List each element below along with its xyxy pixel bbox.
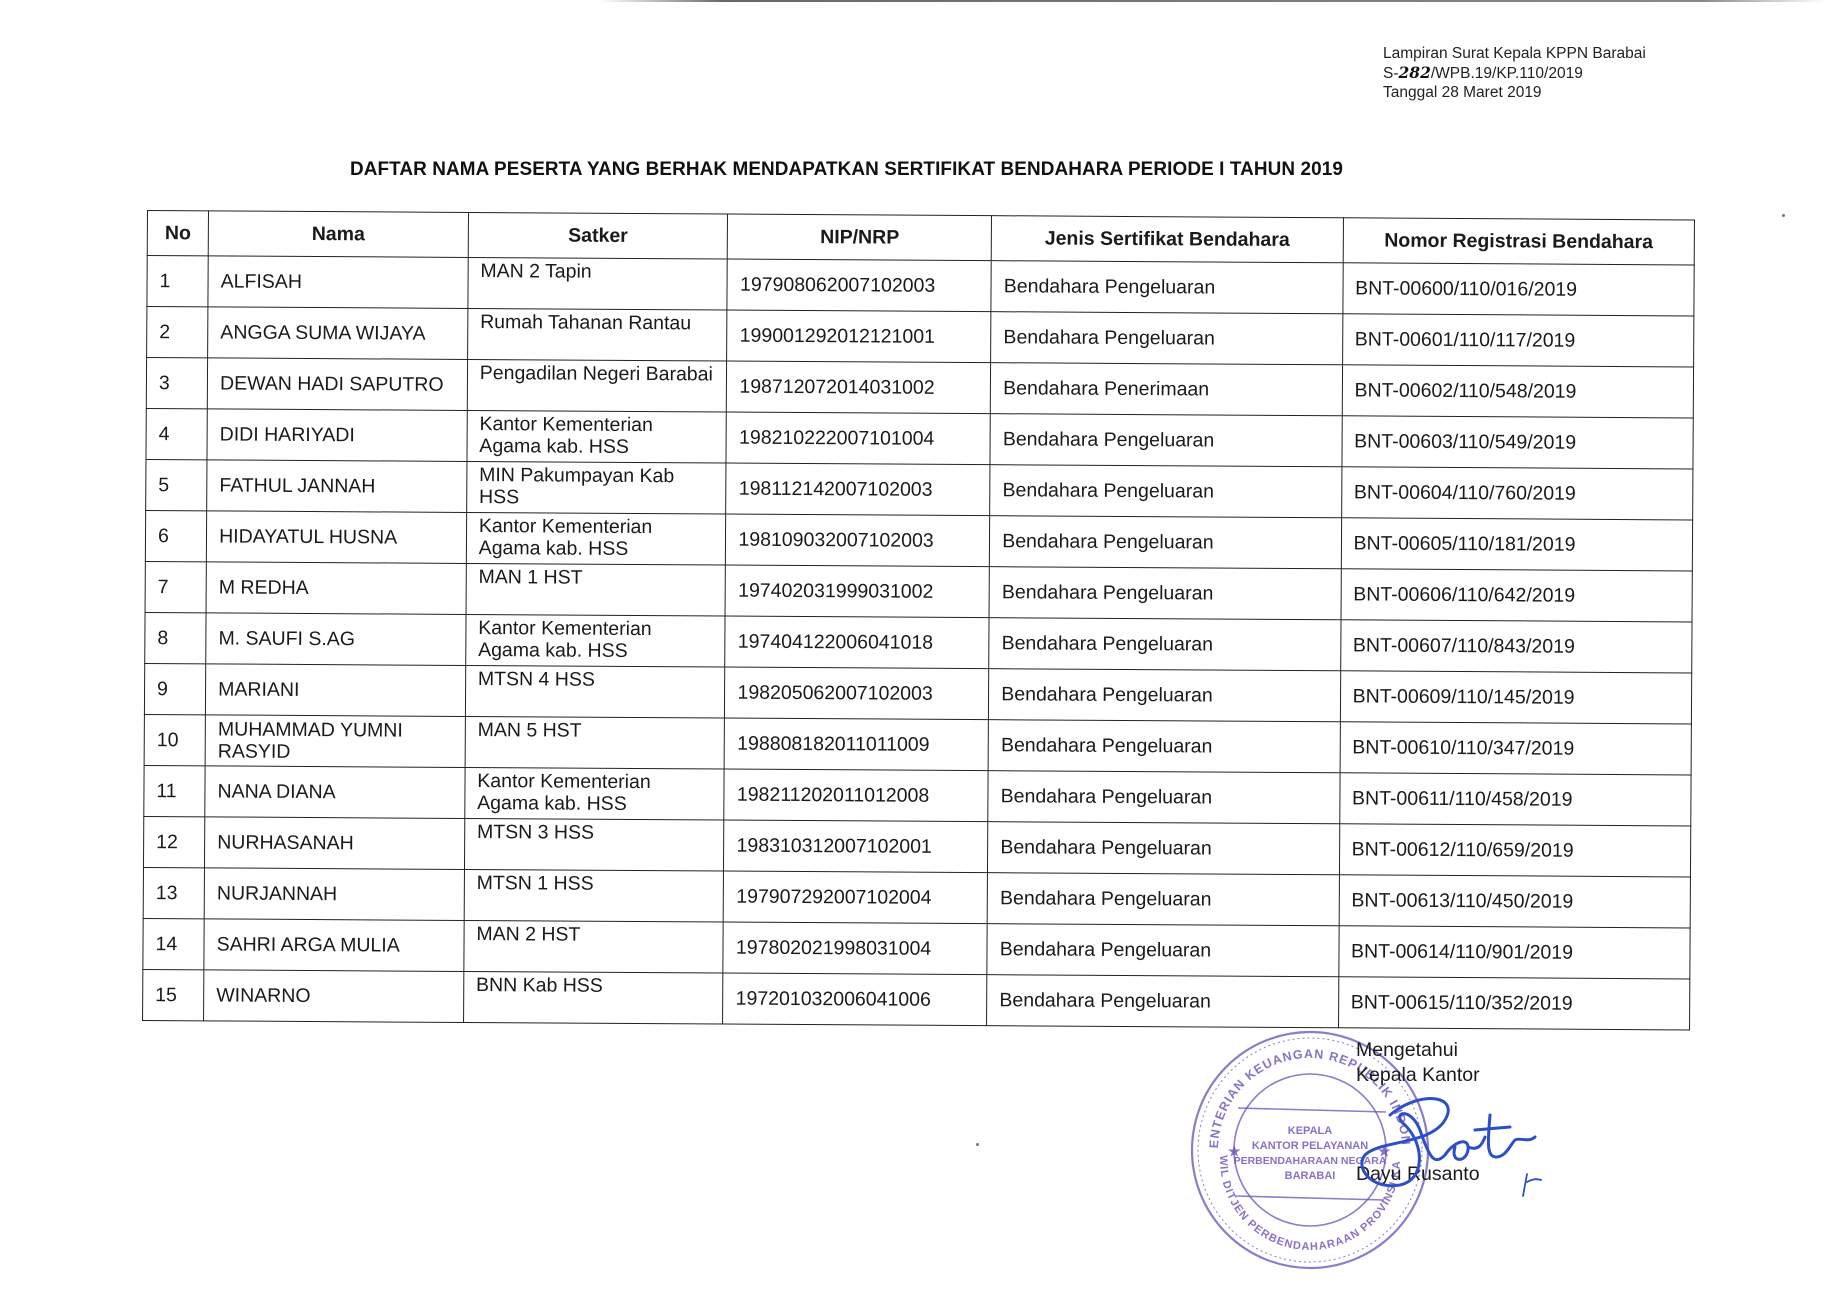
cell-no: 2 (147, 307, 208, 358)
table-row: 8M. SAUFI S.AGKantor Kementerian Agama k… (145, 612, 1692, 672)
cell-jenis: Bendahara Pengeluaran (988, 822, 1340, 875)
cell-no: 9 (144, 663, 205, 714)
table-row: 12NURHASANAHMTSN 3 HSS198310312007102001… (143, 816, 1690, 876)
cell-satker: MAN 1 HST (466, 563, 726, 616)
cell-nomor: BNT-00614/110/901/2019 (1338, 926, 1690, 979)
cell-nomor: BNT-00603/110/549/2019 (1342, 416, 1694, 469)
cell-nip: 197404122006041018 (725, 616, 989, 669)
cell-satker: Kantor Kementerian Agama kab. HSS (465, 767, 725, 820)
table-row: 15WINARNOBNN Kab HSS197201032006041006Be… (143, 969, 1690, 1029)
cell-satker: BNN Kab HSS (463, 971, 723, 1024)
cell-jenis: Bendahara Pengeluaran (987, 924, 1339, 977)
cell-jenis: Bendahara Pengeluaran (990, 414, 1342, 467)
table-row: 3DEWAN HADI SAPUTROPengadilan Negeri Bar… (146, 358, 1693, 418)
cell-jenis: Bendahara Pengeluaran (991, 261, 1343, 314)
cell-nip: 197802021998031004 (723, 922, 987, 975)
cell-nip: 197402031999031002 (725, 565, 989, 618)
cell-no: 15 (143, 969, 204, 1020)
cell-nip: 197908062007102003 (727, 259, 991, 312)
cell-satker: MAN 2 Tapin (468, 257, 728, 310)
cell-nomor: BNT-00600/110/016/2019 (1342, 263, 1694, 316)
table-row: 2ANGGA SUMA WIJAYARumah Tahanan Rantau19… (147, 307, 1694, 367)
table-row: 4DIDI HARIYADIKantor Kementerian Agama k… (146, 408, 1693, 468)
cell-nama: MUHAMMAD YUMNI RASYID (205, 715, 465, 768)
cell-nip: 197201032006041006 (723, 973, 987, 1026)
cell-nama: NURHASANAH (205, 817, 465, 870)
cell-nomor: BNT-00604/110/760/2019 (1341, 467, 1693, 520)
cell-nomor: BNT-00602/110/548/2019 (1342, 365, 1694, 418)
table-row: 1ALFISAHMAN 2 Tapin197908062007102003Ben… (147, 256, 1694, 316)
cell-jenis: Bendahara Pengeluaran (987, 873, 1339, 926)
cell-nomor: BNT-00601/110/117/2019 (1342, 314, 1694, 367)
cell-jenis: Bendahara Pengeluaran (988, 720, 1340, 773)
scan-speck (1782, 214, 1785, 217)
cell-no: 8 (145, 612, 206, 663)
stamp-star-left-icon: ★ (1228, 1143, 1241, 1159)
cell-nama: NURJANNAH (204, 868, 464, 921)
cell-nomor: BNT-00607/110/843/2019 (1340, 620, 1692, 673)
cell-no: 11 (144, 765, 205, 816)
cell-no: 13 (143, 867, 204, 918)
cell-nama: M. SAUFI S.AG (206, 613, 466, 666)
cell-nomor: BNT-00606/110/642/2019 (1341, 569, 1693, 622)
cell-no: 4 (146, 408, 207, 459)
cell-no: 6 (145, 510, 206, 561)
cell-satker: MAN 2 HST (464, 920, 724, 973)
cell-nama: NANA DIANA (205, 766, 465, 819)
cell-no: 3 (146, 358, 207, 409)
table-row: 9MARIANIMTSN 4 HSS198205062007102003Bend… (144, 663, 1691, 723)
cell-no: 1 (147, 256, 208, 307)
attachment-reference: Lampiran Surat Kepala KPPN Barabai S-282… (1383, 44, 1646, 102)
cell-nomor: BNT-00610/110/347/2019 (1340, 722, 1692, 775)
attachment-date: Tanggal 28 Maret 2019 (1383, 83, 1646, 102)
table-row: 14SAHRI ARGA MULIAMAN 2 HST1978020219980… (143, 918, 1690, 978)
stamp-inner-line-1: KEPALA (1288, 1125, 1332, 1137)
cell-nip: 198211202011012008 (724, 769, 988, 822)
initial-mark-icon (1515, 1168, 1545, 1198)
header-satker: Satker (468, 212, 728, 259)
cell-no: 12 (143, 816, 204, 867)
cell-nama: ANGGA SUMA WIJAYA (208, 307, 468, 360)
table-row: 11NANA DIANAKantor Kementerian Agama kab… (144, 765, 1691, 825)
cell-nip: 198712072014031002 (727, 361, 991, 414)
cell-nomor: BNT-00612/110/659/2019 (1339, 824, 1691, 877)
cell-nama: SAHRI ARGA MULIA (204, 919, 464, 972)
cell-satker: Kantor Kementerian Agama kab. HSS (466, 614, 726, 667)
cell-nip: 198310312007102001 (724, 820, 988, 873)
cell-jenis: Bendahara Penerimaan (991, 363, 1343, 416)
cell-nip: 197907292007102004 (724, 871, 988, 924)
table-row: 5FATHUL JANNAHMIN Pakumpayan Kab HSS1981… (146, 459, 1693, 519)
cell-jenis: Bendahara Pengeluaran (989, 567, 1341, 620)
cell-nama: M REDHA (206, 562, 466, 615)
cell-satker: MAN 5 HST (465, 716, 725, 769)
scan-edge (600, 0, 1825, 2)
participant-table: No Nama Satker NIP/NRP Jenis Sertifikat … (142, 210, 1695, 1030)
cell-nip: 198210222007101004 (726, 412, 990, 465)
cell-jenis: Bendahara Pengeluaran (990, 465, 1342, 518)
cell-nip: 198112142007102003 (726, 463, 990, 516)
cell-no: 7 (145, 561, 206, 612)
cell-nomor: BNT-00611/110/458/2019 (1339, 773, 1691, 826)
cell-satker: Pengadilan Negeri Barabai (467, 359, 727, 412)
handwritten-signature-icon (1350, 1085, 1540, 1195)
table-row: 7M REDHAMAN 1 HST197402031999031002Benda… (145, 561, 1692, 621)
cell-nomor: BNT-00605/110/181/2019 (1341, 518, 1693, 571)
header-jenis: Jenis Sertifikat Bendahara (991, 216, 1343, 263)
cell-nama: FATHUL JANNAH (207, 460, 467, 513)
cell-nama: DIDI HARIYADI (207, 409, 467, 462)
cell-no: 14 (143, 918, 204, 969)
cell-satker: Kantor Kementerian Agama kab. HSS (466, 512, 726, 565)
cell-nomor: BNT-00613/110/450/2019 (1339, 875, 1691, 928)
header-nama: Nama (208, 211, 468, 258)
cell-nama: DEWAN HADI SAPUTRO (207, 358, 467, 411)
acknowledged-label: Mengetahui (1356, 1038, 1480, 1063)
cell-nip: 198205062007102003 (725, 667, 989, 720)
header-nip: NIP/NRP (728, 214, 992, 261)
cell-satker: Rumah Tahanan Rantau (467, 308, 727, 361)
cell-nip: 198109032007102003 (726, 514, 990, 567)
attachment-line-2: S-282/WPB.19/KP.110/2019 (1383, 63, 1646, 83)
cell-satker: Kantor Kementerian Agama kab. HSS (467, 410, 727, 463)
cell-nomor: BNT-00609/110/145/2019 (1340, 671, 1692, 724)
handwritten-letter-number: 282 (1399, 63, 1431, 82)
cell-satker: MTSN 3 HSS (464, 818, 724, 871)
cell-nama: WINARNO (204, 970, 464, 1023)
header-no: No (147, 211, 208, 256)
header-nomor: Nomor Registrasi Bendahara (1343, 218, 1695, 265)
cell-jenis: Bendahara Pengeluaran (988, 771, 1340, 824)
cell-no: 10 (144, 714, 205, 765)
cell-nip: 198808182011011009 (725, 718, 989, 771)
table-row: 6HIDAYATUL HUSNAKantor Kementerian Agama… (145, 510, 1692, 570)
stamp-inner-line-4: BARABAI (1285, 1170, 1336, 1182)
document-title: DAFTAR NAMA PESERTA YANG BERHAK MENDAPAT… (350, 158, 1466, 181)
table-row: 10MUHAMMAD YUMNI RASYIDMAN 5 HST19880818… (144, 714, 1691, 774)
scan-speck (976, 1143, 979, 1146)
table-row: 13NURJANNAHMTSN 1 HSS197907292007102004B… (143, 867, 1690, 927)
attachment-line-1: Lampiran Surat Kepala KPPN Barabai (1383, 44, 1646, 63)
cell-no: 5 (146, 459, 207, 510)
cell-jenis: Bendahara Pengeluaran (989, 669, 1341, 722)
cell-satker: MTSN 4 HSS (465, 665, 725, 718)
cell-nama: ALFISAH (208, 256, 468, 309)
cell-nama: MARIANI (206, 664, 466, 717)
cell-satker: MIN Pakumpayan Kab HSS (466, 461, 726, 514)
cell-jenis: Bendahara Pengeluaran (989, 618, 1341, 671)
cell-jenis: Bendahara Pengeluaran (991, 312, 1343, 365)
cell-satker: MTSN 1 HSS (464, 869, 724, 922)
cell-nama: HIDAYATUL HUSNA (206, 511, 466, 564)
cell-jenis: Bendahara Pengeluaran (990, 516, 1342, 569)
cell-nip: 199001292012121001 (727, 310, 991, 363)
